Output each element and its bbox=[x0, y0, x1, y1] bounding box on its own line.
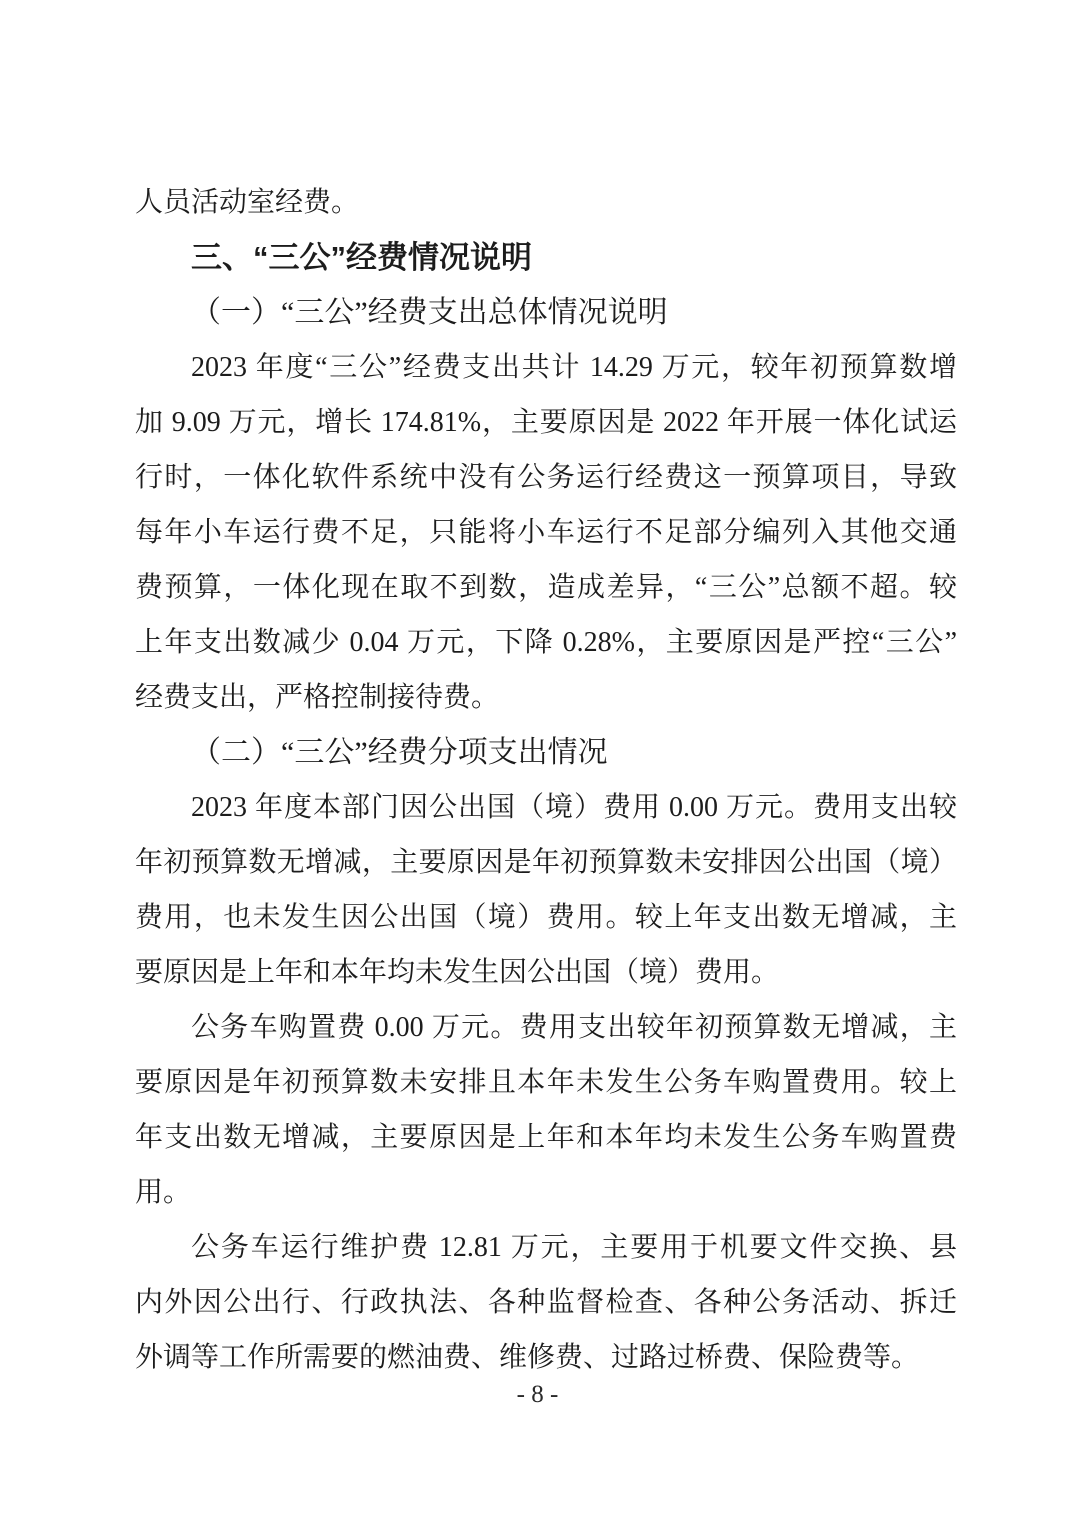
para-2-line: 要原因是上年和本年均未发生因公出国（境）费用。 bbox=[135, 945, 957, 1000]
document-body: 人员活动室经费。 三、“三公”经费情况说明 （一）“三公”经费支出总体情况说明 … bbox=[135, 175, 957, 1385]
para-4-line: 内外因公出行、行政执法、各种监督检查、各种公务活动、拆迁 bbox=[135, 1275, 957, 1330]
subsection-1-heading: （一）“三公”经费支出总体情况说明 bbox=[135, 285, 957, 340]
para-1-line: 经费支出，严格控制接待费。 bbox=[135, 670, 957, 725]
para-2-line: 2023 年度本部门因公出国（境）费用 0.00 万元。费用支出较 bbox=[135, 780, 957, 835]
para-1-line: 2023 年度“三公”经费支出共计 14.29 万元，较年初预算数增 bbox=[135, 340, 957, 395]
para-4-line: 外调等工作所需要的燃油费、维修费、过路过桥费、保险费等。 bbox=[135, 1330, 957, 1385]
para-3-line: 年支出数无增减，主要原因是上年和本年均未发生公务车购置费 bbox=[135, 1110, 957, 1165]
para-2-line: 费用，也未发生因公出国（境）费用。较上年支出数无增减，主 bbox=[135, 890, 957, 945]
subsection-2-heading: （二）“三公”经费分项支出情况 bbox=[135, 725, 957, 780]
para-2-line: 年初预算数无增减，主要原因是年初预算数未安排因公出国（境） bbox=[135, 835, 957, 890]
para-3-line: 公务车购置费 0.00 万元。费用支出较年初预算数无增减，主 bbox=[135, 1000, 957, 1055]
para-4-line: 公务车运行维护费 12.81 万元，主要用于机要文件交换、县 bbox=[135, 1220, 957, 1275]
para-3-line: 用。 bbox=[135, 1165, 957, 1220]
para-1-line: 行时，一体化软件系统中没有公务运行经费这一预算项目，导致 bbox=[135, 450, 957, 505]
para-1-line: 加 9.09 万元，增长 174.81%，主要原因是 2022 年开展一体化试运 bbox=[135, 395, 957, 450]
para-1-line: 每年小车运行费不足，只能将小车运行不足部分编列入其他交通 bbox=[135, 505, 957, 560]
para-1-line: 费预算，一体化现在取不到数，造成差异，“三公”总额不超。较 bbox=[135, 560, 957, 615]
page-number: - 8 - bbox=[0, 1380, 1075, 1410]
para-1-line: 上年支出数减少 0.04 万元，下降 0.28%，主要原因是严控“三公” bbox=[135, 615, 957, 670]
paragraph-end-line: 人员活动室经费。 bbox=[135, 175, 957, 230]
section-heading: 三、“三公”经费情况说明 bbox=[135, 230, 957, 285]
para-3-line: 要原因是年初预算数未安排且本年未发生公务车购置费用。较上 bbox=[135, 1055, 957, 1110]
